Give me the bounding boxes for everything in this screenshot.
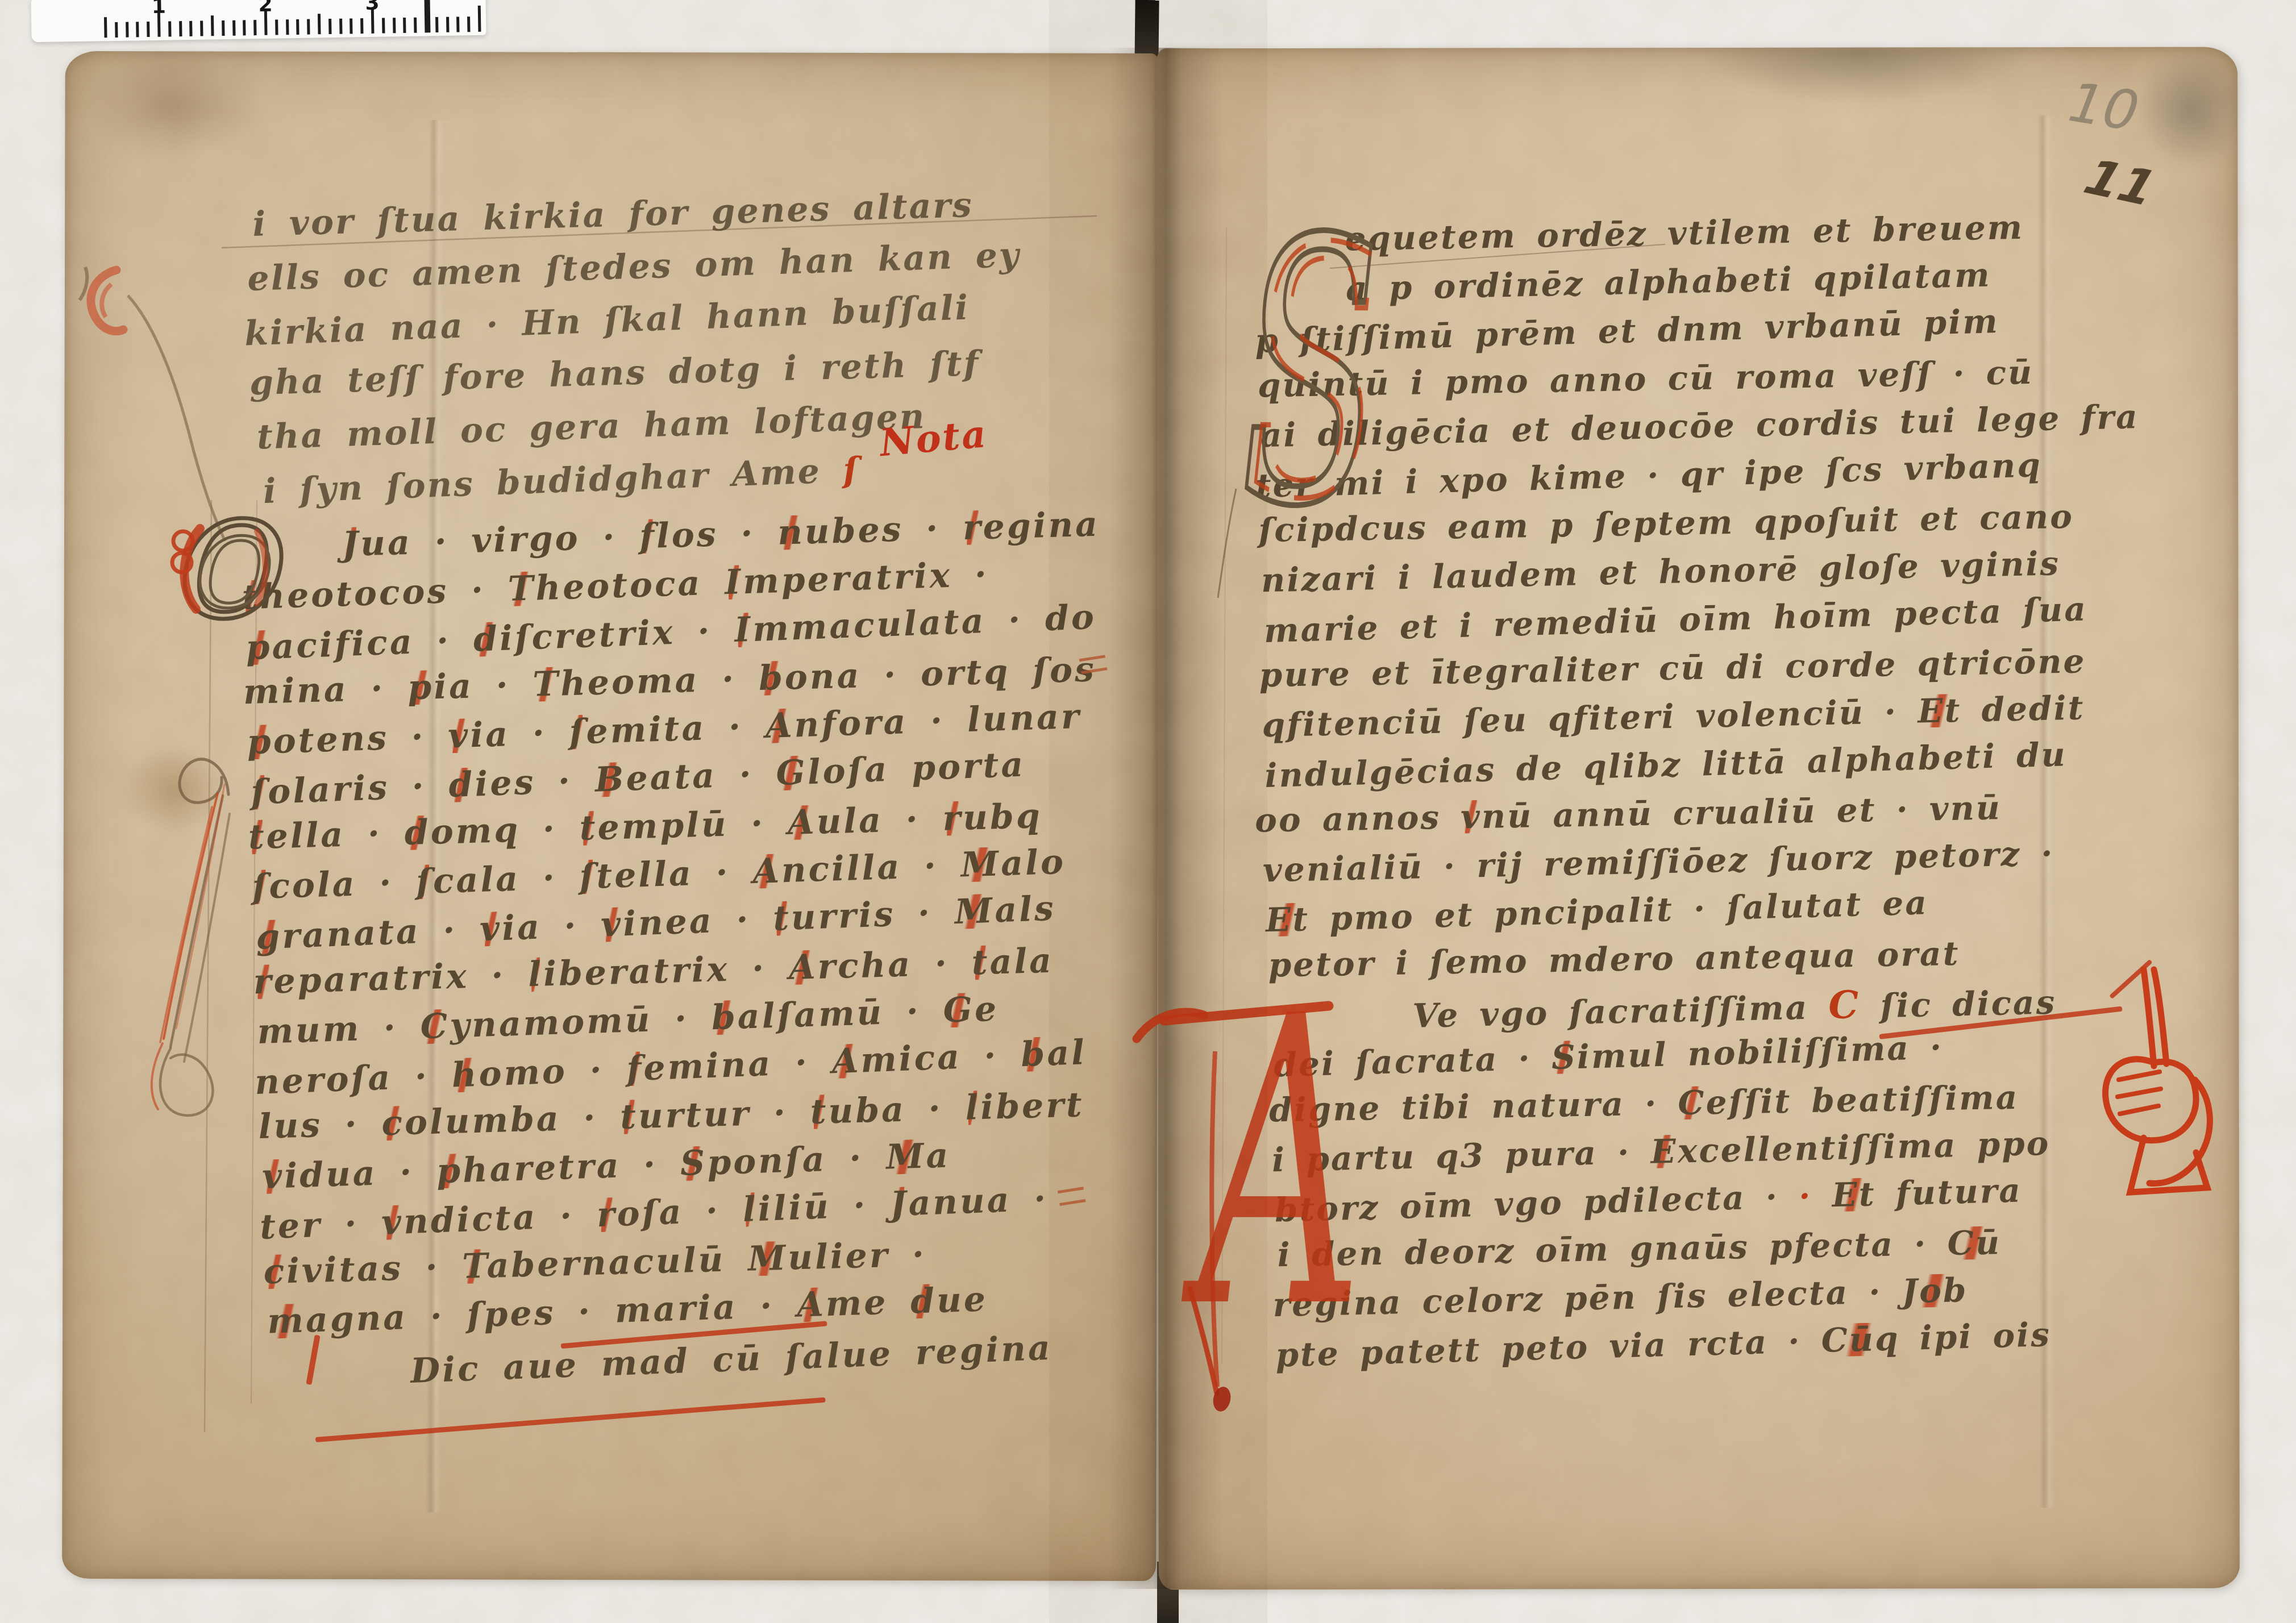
text-run: ranata ·: [281, 910, 481, 957]
text-run: oſa ·: [616, 1190, 743, 1234]
ruler-tick: [318, 14, 321, 34]
text-run: ſ: [568, 712, 587, 752]
ruler: 123: [31, 0, 486, 42]
text-run: xcellentiſſima ppo: [1677, 1124, 2050, 1171]
text-run: I: [724, 562, 743, 602]
manuscript-line: digne tibi natura · Ceſſit beatiſſima: [1269, 1081, 2019, 1127]
ruler-tick: [456, 16, 459, 32]
text-run: dedit: [1961, 688, 2085, 730]
text-run: f: [626, 1048, 644, 1089]
text-run: ia ·: [501, 905, 602, 948]
ruler-tick: [446, 17, 449, 32]
manuscript-line: marie et i remediū oīm hoīm pecta ſua: [1263, 592, 2087, 647]
text-run: S: [1551, 1038, 1578, 1077]
text-run: ter ·: [259, 1203, 382, 1247]
text-run: eparatrix ·: [273, 955, 529, 1001]
text-run: pure et ītegraliter cū di corde qtricōne: [1259, 642, 2086, 694]
text-run: d: [910, 1281, 937, 1321]
text-run: inea ·: [622, 899, 774, 944]
text-run: dei ſacrata ·: [1274, 1038, 1552, 1084]
manuscript-line: gha teſſ fore hans dotg i reth ſtf: [249, 347, 980, 400]
ruler-tick: [424, 0, 430, 32]
text-run: [1811, 1176, 1832, 1215]
manuscript-line: ai diligēcia et deuocōe cordis tui lege …: [1260, 400, 2139, 452]
text-run: E: [1650, 1132, 1678, 1171]
manuscript-line: i den deorz oīm gnaūs pfecta · Cū: [1277, 1226, 2001, 1271]
text-run: mperatrix ·: [742, 555, 989, 602]
text-run: ſ: [415, 862, 434, 902]
text-run: p: [245, 627, 272, 668]
text-run: v: [261, 1156, 285, 1197]
ruler-tick: [232, 20, 235, 36]
text-run: venialiū · rij remiſſiōez ſuorz petorz ·: [1262, 834, 2054, 890]
ruler-tick: [115, 22, 118, 38]
text-run: e: [974, 989, 999, 1030]
text-run: v: [381, 1202, 404, 1243]
text-run: t: [810, 1092, 829, 1132]
text-run: olaris ·: [267, 765, 450, 812]
manuscript-line: tha moll oc gera ham loftagen: [256, 399, 926, 455]
manuscript-line: pte patett peto via rcta · Cūq ipi ois: [1275, 1318, 2052, 1371]
text-run: petor i ſemo mdero antequa orat: [1268, 934, 1960, 985]
ruler-tick: [275, 19, 278, 35]
text-run: ubq: [962, 796, 1042, 838]
text-run: i vor ſtua kirkia for genes altars: [252, 185, 974, 244]
text-run: v: [1461, 797, 1482, 837]
right-page: equetem ordēz vtilem et breuema p ordinē…: [1157, 47, 2240, 1590]
text-run: b: [711, 997, 738, 1038]
manuscript-line: magna · ſpes · maria · Ame due: [267, 1282, 988, 1338]
text-run: iſcretrix ·: [499, 610, 735, 659]
left-page-text: i vor ſtua kirkia for genes altarsells o…: [62, 51, 1159, 1581]
text-run: los ·: [656, 513, 778, 556]
ruler-tick: [478, 6, 481, 32]
ruler-tick: [403, 18, 406, 33]
text-run: G: [775, 752, 808, 793]
text-run: pte patett peto via rcta ·: [1275, 1321, 1822, 1375]
text-run: al: [1046, 1033, 1087, 1073]
text-run: g: [255, 917, 282, 958]
text-run: J: [889, 1184, 909, 1224]
text-run: ſ: [842, 450, 860, 490]
manuscript-line: ter mi i xpo kime · qr ipe ſcs vrbanq: [1255, 448, 2043, 502]
text-run: t: [971, 943, 991, 983]
text-run: J: [342, 524, 361, 564]
text-run: b: [1020, 1034, 1047, 1075]
text-run: G: [943, 990, 975, 1031]
text-run: Et: [1918, 691, 1962, 731]
text-run: i partu q3 pura ·: [1271, 1133, 1651, 1179]
text-run: r: [253, 962, 274, 1002]
text-run: heotocos ·: [259, 569, 509, 617]
ruler-tick: [179, 21, 182, 36]
ruler-number: 3: [365, 0, 380, 14]
text-run: cola ·: [268, 862, 417, 906]
text-run: l: [742, 1189, 759, 1230]
text-run: Cū: [1947, 1223, 2001, 1263]
text-run: ue: [936, 1279, 988, 1321]
text-run: l: [965, 1088, 981, 1128]
text-run: iliū ·: [757, 1185, 891, 1229]
text-run: ella ·: [266, 813, 405, 856]
text-run: kirkia naa · Hn ſkal hann buſſali: [244, 288, 970, 353]
manuscript-line: p ſtiſſimū prēm et dnm vrbanū pim: [1254, 305, 1999, 357]
manuscript-line: a p ordinēz alphabeti qpilatam: [1346, 259, 1991, 305]
text-run: loſa porta: [807, 744, 1026, 792]
text-run: r: [596, 1195, 618, 1235]
text-run: h: [451, 1055, 480, 1096]
manuscript-line: i partu q3 pura · Excellentiſſima ppo: [1271, 1127, 2050, 1176]
text-run: r: [962, 507, 983, 548]
text-run: otens ·: [273, 716, 449, 761]
ruler-tick: [286, 19, 289, 35]
manuscript-line: qfitenciū ſeu qfiteri volenciū · Et dedi…: [1262, 691, 2085, 742]
text-run: n: [777, 512, 805, 552]
text-run: Et: [1265, 900, 1310, 939]
text-run: p: [436, 1151, 463, 1191]
text-run: urtur ·: [638, 1092, 811, 1137]
text-run: ncilla ·: [781, 846, 962, 891]
manuscript-line: indulgēcias de qlibz littā alphabeti du: [1265, 738, 2068, 792]
text-run: ipi ois: [1899, 1315, 2052, 1358]
text-run: d: [448, 765, 475, 806]
ruler-tick: [307, 19, 310, 35]
text-run: marie et i remediū oīm hoīm pecta ſua: [1263, 589, 2088, 650]
text-run: A: [765, 706, 795, 747]
text-run: p: [247, 722, 274, 762]
text-run: ells oc amen ſtedes om han kan ey: [247, 235, 1021, 299]
manuscript-line: venialiū · rij remiſſiōez ſuorz petorz ·: [1263, 837, 2055, 887]
text-run: Et: [1832, 1175, 1877, 1214]
text-run: idua ·: [284, 1151, 437, 1196]
text-run: ubes ·: [804, 508, 963, 552]
text-run: omo ·: [478, 1049, 627, 1094]
text-run: p: [407, 667, 434, 708]
ruler-tick: [136, 22, 139, 37]
ruler-tick: [350, 18, 352, 34]
text-run: mina ·: [243, 668, 408, 713]
ruler-tick: [382, 18, 385, 34]
text-run: t: [619, 1097, 639, 1137]
manuscript-line: nizari i laudem et honorē gloſe vginis: [1261, 547, 2061, 597]
left-page: i vor ſtua kirkia for genes altarsells o…: [62, 51, 1159, 1581]
text-run: t: [248, 817, 267, 858]
manuscript-line: Et pmo et pncipalit · ſalutat ea: [1265, 886, 1928, 937]
text-run: Job: [1902, 1271, 1968, 1310]
text-run: ies ·: [474, 760, 596, 805]
text-run: emplū ·: [597, 803, 788, 848]
manuscript-line: petor i ſemo mdero antequa orat: [1268, 937, 1960, 982]
text-run: oo annos: [1255, 798, 1461, 840]
text-run: i ſyn ſons budidghar Ame: [263, 451, 844, 511]
text-run: M: [960, 844, 1002, 885]
text-run: egina: [983, 505, 1100, 547]
text-run: acifica ·: [271, 620, 474, 667]
text-run: omq ·: [430, 809, 580, 852]
text-run: qfitenciū ſeu qfiteri volenciū ·: [1262, 692, 1918, 745]
text-run: ſ: [250, 772, 268, 813]
text-run: pmo et pncipalit · ſalutat ea: [1309, 883, 1929, 938]
text-run: C: [1828, 982, 1861, 1027]
manuscript-line: i ſyn ſons budidghar Ame ſ: [263, 453, 860, 509]
ruler-tick: [339, 19, 342, 34]
text-run: b: [758, 658, 785, 698]
text-run: neroſa ·: [254, 1056, 452, 1103]
text-run: C: [420, 1006, 451, 1047]
text-run: ibert: [980, 1085, 1084, 1127]
ruler-tick: [168, 21, 171, 36]
manuscript-line: ells oc amen ſtedes om han kan ey: [247, 238, 1021, 296]
text-run: ynamomū ·: [449, 998, 712, 1046]
ruler-tick: [328, 19, 331, 34]
ruler-tick: [393, 18, 396, 33]
text-run: ſ: [579, 856, 597, 897]
manuscript-line: dei ſacrata · Simul nobiliſſima ·: [1274, 1031, 1944, 1081]
text-run: Ve vgo ſacratiſſima: [1412, 988, 1829, 1035]
ruler-tick: [414, 18, 417, 33]
text-run: ic aue mad cū ſalue regina: [442, 1328, 1053, 1390]
text-run: f: [639, 516, 657, 556]
text-run: futura: [1875, 1171, 2023, 1213]
text-run: a: [925, 1135, 951, 1176]
right-page-text: equetem ordēz vtilem et breuema p ordinē…: [1157, 47, 2240, 1590]
text-run: mum ·: [256, 1007, 421, 1052]
manuscript-line: quintū i pmo anno cū roma veſſ · cū: [1257, 356, 2033, 402]
ruler-tick: [360, 18, 363, 34]
text-run: ua · virgo ·: [360, 517, 640, 564]
text-run: m: [267, 1301, 306, 1342]
text-run: haretra ·: [462, 1144, 681, 1191]
text-run: ia ·: [433, 665, 533, 708]
ruler-tick: [104, 17, 107, 38]
text-run: T: [533, 664, 561, 704]
text-run: M: [747, 1238, 788, 1279]
text-run: lus ·: [258, 1104, 382, 1147]
ruler-tick: [211, 15, 214, 36]
text-run: ponſa ·: [706, 1138, 887, 1183]
text-run: l: [527, 955, 544, 995]
text-run: heoma ·: [560, 659, 759, 704]
text-run: alo: [1000, 842, 1066, 884]
text-run: t: [579, 808, 598, 848]
manuscript-line: civitas · Tabernaculū Mulier ·: [263, 1237, 927, 1289]
text-run: btorz oīm vgo pdilecta ·: [1274, 1177, 1799, 1230]
manuscript-line: kirkia naa · Hn ſkal hann buſſali: [244, 290, 970, 351]
text-run: als: [994, 889, 1057, 931]
text-run: c: [381, 1103, 405, 1143]
manuscript-line: i vor ſtua kirkia for genes altars: [252, 188, 974, 242]
text-run: cala ·: [432, 857, 580, 901]
text-run: regina celorz pēn ſis electa ·: [1272, 1272, 1903, 1324]
ruler-tick: [189, 21, 192, 36]
text-run: A: [787, 802, 817, 843]
text-run: A: [831, 1041, 861, 1081]
text-run: quintū i pmo anno cū roma veſſ · cū: [1257, 353, 2033, 405]
ruler-tick: [222, 20, 224, 36]
text-run: A: [796, 1284, 826, 1325]
text-run: d: [473, 619, 500, 660]
text-run: D: [410, 1350, 443, 1391]
text-run: abernaculū: [486, 1239, 748, 1286]
text-run: ſcipdcus eam p ſeptem qpoſuit et cano: [1258, 497, 2074, 550]
text-run: ſ: [252, 867, 270, 907]
text-run: me: [825, 1282, 912, 1325]
text-run: nizari i laudem et honorē gloſe vginis: [1261, 544, 2060, 600]
text-run: ula ·: [816, 799, 943, 842]
ruler-tick: [467, 16, 470, 32]
text-run: S: [680, 1143, 708, 1184]
ruler-number: 1: [151, 0, 166, 17]
text-run: M: [954, 891, 996, 933]
text-run: t: [772, 898, 792, 939]
manuscript-line: regina celorz pēn ſis electa · Job: [1272, 1274, 1968, 1321]
text-run: equetem ordēz vtilem et breuem: [1345, 208, 2024, 258]
ruler-number: 2: [258, 0, 273, 15]
text-run: uba ·: [828, 1088, 966, 1131]
nota-mark: Nota: [878, 415, 989, 461]
text-run: ivitas ·: [286, 1247, 463, 1291]
ruler-tick: [243, 20, 246, 35]
text-run: ter mi i xpo kime · qr ipe ſcs vrbanq: [1255, 446, 2043, 505]
text-run: r: [942, 798, 963, 839]
ruler-tick: [296, 19, 299, 35]
text-run: iberatrix ·: [543, 948, 789, 994]
text-run: A: [752, 851, 782, 892]
text-run: C: [1678, 1083, 1706, 1122]
text-run: mmaculata · do: [752, 597, 1097, 650]
text-run: d: [404, 813, 431, 853]
text-run: T: [508, 569, 536, 609]
text-run: nū annū crualiū et · vnū: [1481, 788, 2002, 836]
text-run: T: [462, 1246, 488, 1287]
text-run: urris ·: [791, 892, 955, 938]
text-run: ia ·: [469, 713, 569, 755]
text-run: rcha ·: [817, 943, 972, 987]
text-run: v: [447, 715, 471, 756]
text-run: A: [788, 947, 818, 988]
text-run: p ſtiſſimū prēm et dnm vrbanū pim: [1254, 302, 1999, 360]
text-run: Cūq: [1821, 1319, 1900, 1360]
text-run: indulgēcias de qlibz littā alphabeti du: [1265, 735, 2068, 795]
ruler-tick: [435, 17, 438, 32]
text-run: a p ordinēz alphabeti qpilatam: [1345, 256, 1991, 308]
text-run: emina ·: [643, 1042, 833, 1088]
manuscript-photo: i vor ſtua kirkia for genes altarsells o…: [0, 0, 2296, 1623]
text-run: alſamū ·: [737, 991, 944, 1037]
text-run: tella ·: [596, 852, 753, 897]
manuscript-line: Jua · virgo · flos · nubes · regina: [342, 507, 1100, 562]
text-run: t: [242, 577, 261, 618]
text-run: ulier ·: [787, 1234, 927, 1277]
text-run: ona · ortq ſos: [784, 650, 1097, 698]
text-run: M: [885, 1137, 927, 1177]
text-run: eſſit beatiſſima: [1706, 1078, 2019, 1122]
text-run: v: [479, 909, 502, 949]
manuscript-line: ſcipdcus eam p ſeptem qpoſuit et cano: [1258, 500, 2074, 547]
text-run: heotoca: [535, 563, 725, 608]
text-run: i den deorz oīm gnaūs pfecta ·: [1277, 1224, 1948, 1274]
text-run: ala: [989, 941, 1054, 983]
ruler-tick: [200, 21, 203, 36]
text-run: c: [263, 1251, 287, 1292]
manuscript-line: pure et ītegraliter cū di corde qtricōne: [1259, 644, 2086, 692]
text-run: nfora · lunar: [793, 697, 1082, 746]
manuscript-line: equetem ordēz vtilem et breuem: [1345, 211, 2024, 255]
text-run: digne tibi natura ·: [1269, 1084, 1678, 1129]
text-run: olumba ·: [404, 1097, 621, 1143]
text-run: ·: [1798, 1176, 1812, 1216]
text-run: mica ·: [860, 1035, 1022, 1080]
text-run: v: [600, 904, 623, 944]
manuscript-line: btorz oīm vgo pdilecta · · Et futura: [1274, 1173, 2022, 1226]
manuscript-line: Dic aue mad cū ſalue regina: [410, 1331, 1053, 1388]
text-run: anua ·: [908, 1179, 1049, 1224]
text-run: I: [734, 610, 754, 650]
text-run: tha moll oc gera ham loftagen: [256, 397, 926, 457]
ruler-tick: [147, 22, 149, 37]
text-run: gha teſſ fore hans dotg i reth ſtf: [249, 344, 980, 403]
manuscript-line: oo annos vnū annū crualiū et · vnū: [1255, 791, 2002, 837]
ruler-tick: [126, 22, 128, 38]
text-run: ndicta ·: [403, 1195, 597, 1242]
ruler-tick: [253, 20, 256, 35]
text-run: B: [594, 759, 627, 800]
text-run: emita ·: [585, 706, 766, 752]
text-run: eata ·: [625, 754, 777, 799]
